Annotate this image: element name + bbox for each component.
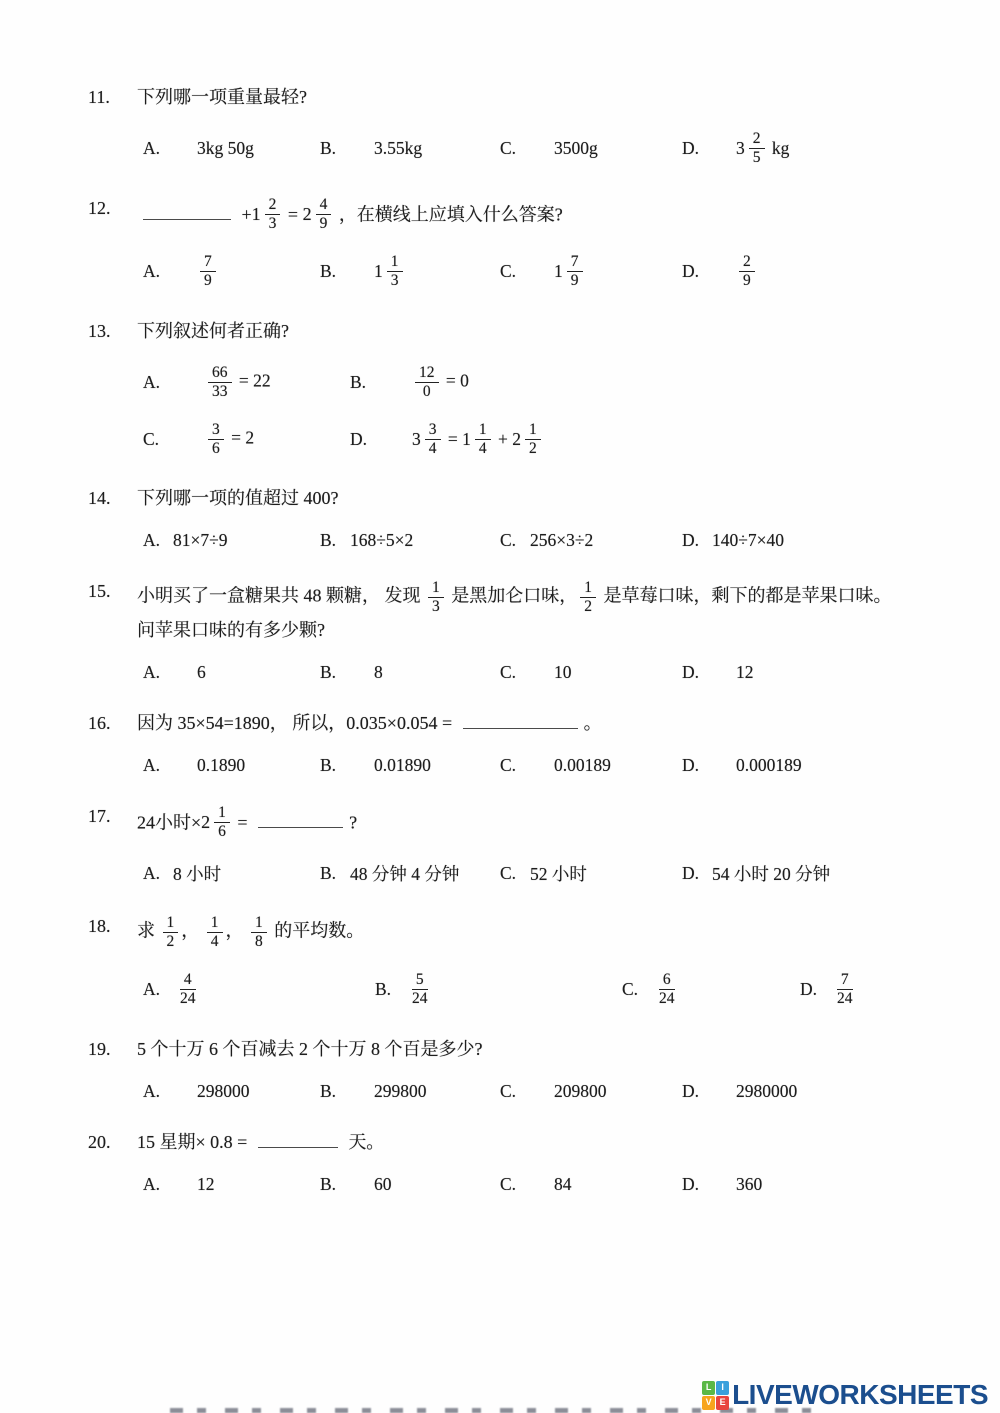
fraction-numerator: 3 xyxy=(208,421,224,440)
option-B[interactable]: B.0.01890 xyxy=(320,755,500,776)
fraction-numerator: 3 xyxy=(425,421,441,440)
option-label: A. xyxy=(143,979,173,1000)
math-text: ? xyxy=(349,812,357,832)
math-text: 。 xyxy=(584,713,602,733)
math-text: = xyxy=(233,812,252,832)
fraction: 23 xyxy=(265,196,281,233)
option-B[interactable]: B.48 分钟 4 分钟 xyxy=(320,861,500,886)
math-text: + xyxy=(237,204,252,224)
blank-underline[interactable] xyxy=(258,1132,338,1148)
question-15: 15.小明买了一盒糖果共 48 颗糖， 发现 13 是黑加仑口味，12 是草莓口… xyxy=(88,578,960,683)
question-stem: 下列哪一项重量最轻? xyxy=(137,84,960,110)
option-label: B. xyxy=(320,1081,374,1102)
question-stem-row: 14.下列哪一项的值超过 400? xyxy=(88,485,960,511)
option-D[interactable]: D.724 xyxy=(800,970,860,1009)
option-content: 29 xyxy=(736,252,758,291)
math-text: 54 小时 20 分钟 xyxy=(712,864,830,884)
whole-number: 1 xyxy=(554,261,563,282)
fraction-denominator: 24 xyxy=(833,990,857,1008)
fraction: 12 xyxy=(580,579,596,616)
fraction-denominator: 3 xyxy=(265,215,281,233)
option-content: 334 = 114 + 212 xyxy=(412,420,544,459)
option-label: D. xyxy=(682,755,736,776)
fraction-numerator: 7 xyxy=(837,971,853,990)
math-text: 0.00189 xyxy=(554,755,611,775)
option-label: C. xyxy=(500,530,530,551)
option-D[interactable]: D.29 xyxy=(682,252,758,291)
question-12: 12. +123 = 249 ，在横线上应填入什么答案?A.79B.113C.1… xyxy=(88,195,960,291)
option-content: 256×3÷2 xyxy=(530,530,593,551)
option-label: B. xyxy=(320,863,350,884)
option-label: C. xyxy=(500,1174,554,1195)
fraction-denominator: 24 xyxy=(655,990,679,1008)
option-content: 2980000 xyxy=(736,1081,797,1102)
math-text: ， xyxy=(226,920,249,940)
option-A[interactable]: A.6 xyxy=(143,662,320,683)
option-B[interactable]: B.120 = 0 xyxy=(350,363,960,402)
math-text: 168÷5×2 xyxy=(350,530,413,550)
option-label: D. xyxy=(350,429,412,450)
math-text: 360 xyxy=(736,1174,762,1194)
option-content: 60 xyxy=(374,1174,392,1195)
logo-letter-i: I xyxy=(716,1381,729,1395)
math-text: ，在横线上应填入什么答案? xyxy=(334,204,563,224)
option-label: A. xyxy=(143,662,197,683)
option-label: B. xyxy=(375,979,405,1000)
fraction-numerator: 1 xyxy=(251,914,267,933)
fraction-numerator: 1 xyxy=(428,579,444,598)
option-B[interactable]: B.168÷5×2 xyxy=(320,530,500,551)
fraction-numerator: 2 xyxy=(749,130,765,149)
math-text: 6 xyxy=(197,662,206,682)
fraction-numerator: 5 xyxy=(412,971,428,990)
whole-number: 3 xyxy=(412,429,421,450)
math-text: 的平均数。 xyxy=(270,920,365,940)
whole-number: 2 xyxy=(512,429,521,450)
mixed-number: 249 xyxy=(303,195,335,234)
mixed-number: 114 xyxy=(462,420,494,459)
option-content: 140÷7×40 xyxy=(712,530,784,551)
math-text: 问苹果口味的有多少颗? xyxy=(137,620,325,640)
option-label: B. xyxy=(320,530,350,551)
option-content: 6633 = 22 xyxy=(205,363,271,402)
question-19: 19.5 个十万 6 个百减去 2 个十万 8 个百是多少?A.298000B.… xyxy=(88,1036,960,1102)
fraction-numerator: 66 xyxy=(208,364,232,383)
math-text: 0.1890 xyxy=(197,755,245,775)
math-text: 10 xyxy=(554,662,572,682)
options-row: A.81×7÷9B.168÷5×2C.256×3÷2D.140÷7×40 xyxy=(143,530,960,551)
whole-number: 2 xyxy=(201,809,210,835)
option-content: 0.1890 xyxy=(197,755,245,776)
fraction: 424 xyxy=(176,971,200,1008)
question-stem-row: 11.下列哪一项重量最轻? xyxy=(88,84,960,110)
option-content: 113 xyxy=(374,252,406,291)
whole-number: 1 xyxy=(252,201,261,227)
fraction-denominator: 6 xyxy=(214,823,230,841)
math-text: 是黑加仑口味， xyxy=(447,586,578,606)
option-D[interactable]: D.54 小时 20 分钟 xyxy=(682,861,830,886)
option-D[interactable]: D.360 xyxy=(682,1174,762,1195)
brand-text: LIVEWORKSHEETS xyxy=(732,1379,988,1411)
option-C[interactable]: C.10 xyxy=(500,662,682,683)
fraction-denominator: 9 xyxy=(316,215,332,233)
math-text: 52 小时 xyxy=(530,864,587,884)
math-text: 下列叙述何者正确? xyxy=(137,321,289,341)
math-text: 因为 35×54=1890， 所以，0.035×0.054 = xyxy=(137,713,457,733)
option-content: 624 xyxy=(652,970,682,1009)
option-D[interactable]: D.12 xyxy=(682,662,754,683)
fraction-numerator: 4 xyxy=(180,971,196,990)
fraction-denominator: 2 xyxy=(580,598,596,616)
option-content: 325 kg xyxy=(736,129,789,168)
option-content: 36 = 2 xyxy=(205,420,254,459)
question-11: 11.下列哪一项重量最轻?A.3kg 50gB.3.55kgC.3500gD.3… xyxy=(88,84,960,168)
option-content: 79 xyxy=(197,252,219,291)
fraction: 16 xyxy=(214,804,230,841)
option-A[interactable]: A.81×7÷9 xyxy=(143,530,320,551)
option-content: 524 xyxy=(405,970,435,1009)
blank-underline[interactable] xyxy=(143,204,231,220)
option-label: B. xyxy=(320,1174,374,1195)
option-C[interactable]: C.52 小时 xyxy=(500,861,682,886)
math-text: kg xyxy=(768,138,790,158)
option-D[interactable]: D.140÷7×40 xyxy=(682,530,784,551)
math-text: = 0 xyxy=(442,370,469,390)
options-row: A.298000B.299800C.209800D.2980000 xyxy=(143,1081,960,1102)
question-17: 17.24小时×216 = ?A.8 小时B.48 分钟 4 分钟C.52 小时… xyxy=(88,803,960,886)
question-stem: 下列哪一项的值超过 400? xyxy=(137,485,960,511)
option-label: A. xyxy=(143,530,173,551)
option-B[interactable]: B.8 xyxy=(320,662,500,683)
option-A[interactable]: A.6633 = 22 xyxy=(143,363,350,402)
fraction-denominator: 4 xyxy=(425,440,441,458)
fraction-denominator: 9 xyxy=(567,272,583,290)
fraction-denominator: 24 xyxy=(408,990,432,1008)
mixed-number: 179 xyxy=(554,252,586,291)
option-label: C. xyxy=(500,662,554,683)
fraction-numerator: 1 xyxy=(580,579,596,598)
liveworksheets-watermark: LIVE LIVEWORKSHEETS xyxy=(702,1379,988,1411)
mixed-number: 123 xyxy=(252,195,284,234)
option-content: 120 = 0 xyxy=(412,363,469,402)
fraction-denominator: 0 xyxy=(419,383,435,401)
fraction-numerator: 2 xyxy=(265,196,281,215)
option-C[interactable]: C.624 xyxy=(622,970,800,1009)
mixed-number: 113 xyxy=(374,252,406,291)
question-stem-row: 15.小明买了一盒糖果共 48 颗糖， 发现 13 是黑加仑口味，12 是草莓口… xyxy=(88,578,960,643)
fraction-numerator: 2 xyxy=(739,253,755,272)
option-content: 0.01890 xyxy=(374,755,431,776)
whole-number: 1 xyxy=(462,429,471,450)
option-content: 0.000189 xyxy=(736,755,802,776)
worksheet-page: 11.下列哪一项重量最轻?A.3kg 50gB.3.55kgC.3500gD.3… xyxy=(0,0,1000,1195)
fraction-denominator: 4 xyxy=(475,440,491,458)
option-content: 724 xyxy=(830,970,860,1009)
mixed-number: 334 xyxy=(412,420,444,459)
option-C[interactable]: C.256×3÷2 xyxy=(500,530,682,551)
fraction-numerator: 12 xyxy=(415,364,439,383)
option-content: 12 xyxy=(197,1174,215,1195)
fraction-denominator: 24 xyxy=(176,990,200,1008)
math-text: 0.000189 xyxy=(736,755,802,775)
question-stem: 24小时×216 = ? xyxy=(137,803,960,842)
fraction-denominator: 3 xyxy=(387,272,403,290)
fraction: 120 xyxy=(415,364,439,401)
fraction-denominator: 4 xyxy=(207,933,223,951)
mixed-number: 325 xyxy=(736,129,768,168)
fraction: 724 xyxy=(833,971,857,1008)
option-label: D. xyxy=(682,530,712,551)
option-label: A. xyxy=(143,1081,197,1102)
option-D[interactable]: D.334 = 114 + 212 xyxy=(350,420,960,459)
fraction-numerator: 1 xyxy=(475,421,491,440)
math-text: 下列哪一项的值超过 400? xyxy=(137,488,339,508)
math-text: + xyxy=(494,429,513,449)
question-stem-row: 17.24小时×216 = ? xyxy=(88,803,960,842)
math-text: 12 xyxy=(197,1174,215,1194)
option-A[interactable]: A.298000 xyxy=(143,1081,320,1102)
option-A[interactable]: A.3kg 50g xyxy=(143,138,320,159)
option-label: D. xyxy=(682,1174,736,1195)
question-stem-row: 19.5 个十万 6 个百减去 2 个十万 8 个百是多少? xyxy=(88,1036,960,1062)
whole-number: 1 xyxy=(374,261,383,282)
option-label: B. xyxy=(320,662,374,683)
option-label: C. xyxy=(500,1081,554,1102)
option-A[interactable]: A.12 xyxy=(143,1174,320,1195)
fraction-numerator: 1 xyxy=(214,804,230,823)
option-content: 0.00189 xyxy=(554,755,611,776)
option-label: B. xyxy=(320,261,374,282)
fraction: 6633 xyxy=(208,364,232,401)
logo-letter-l: L xyxy=(702,1381,715,1395)
fraction-denominator: 6 xyxy=(208,440,224,458)
question-stem-row: 13.下列叙述何者正确? xyxy=(88,318,960,344)
math-text: 小明买了一盒糖果共 48 颗糖， 发现 xyxy=(137,586,425,606)
blank-underline[interactable] xyxy=(258,812,343,828)
options-row: A.6633 = 22B.120 = 0C.36 = 2D.334 = 114 … xyxy=(143,363,960,458)
question-number: 17. xyxy=(88,803,137,829)
math-text: 48 分钟 4 分钟 xyxy=(350,864,459,884)
fraction-denominator: 5 xyxy=(749,149,765,167)
option-label: C. xyxy=(500,261,554,282)
math-text: 0.01890 xyxy=(374,755,431,775)
option-label: C. xyxy=(500,138,554,159)
option-label: D. xyxy=(682,662,736,683)
option-C[interactable]: C.3500g xyxy=(500,138,682,159)
fraction: 79 xyxy=(567,253,583,290)
question-number: 12. xyxy=(88,195,137,221)
option-label: A. xyxy=(143,138,197,159)
whole-number: 2 xyxy=(303,201,312,227)
option-label: A. xyxy=(143,372,205,393)
option-content: 8 小时 xyxy=(173,861,221,886)
math-text: 81×7÷9 xyxy=(173,530,227,550)
option-label: D. xyxy=(800,979,830,1000)
fraction-denominator: 9 xyxy=(200,272,216,290)
question-20: 20.15 星期× 0.8 = 天。A.12B.60C.84D.360 xyxy=(88,1129,960,1195)
option-content: 3500g xyxy=(554,138,598,159)
option-B[interactable]: B.60 xyxy=(320,1174,500,1195)
option-content: 10 xyxy=(554,662,572,683)
fraction-numerator: 7 xyxy=(200,253,216,272)
math-text: 299800 xyxy=(374,1081,427,1101)
fraction-numerator: 1 xyxy=(207,914,223,933)
fraction-denominator: 2 xyxy=(525,440,541,458)
math-text: 60 xyxy=(374,1174,392,1194)
option-content: 54 小时 20 分钟 xyxy=(712,861,830,886)
option-C[interactable]: C.0.00189 xyxy=(500,755,682,776)
question-16: 16.因为 35×54=1890， 所以，0.035×0.054 = 。A.0.… xyxy=(88,710,960,776)
fraction: 13 xyxy=(387,253,403,290)
options-row: A.0.1890B.0.01890C.0.00189D.0.000189 xyxy=(143,755,960,776)
question-18: 18.求 12， 14， 18 的平均数。A.424B.524C.624D.72… xyxy=(88,913,960,1009)
fraction-numerator: 7 xyxy=(567,253,583,272)
math-text: 15 星期× 0.8 = xyxy=(137,1132,252,1152)
option-C[interactable]: C.36 = 2 xyxy=(143,420,350,459)
option-B[interactable]: B.299800 xyxy=(320,1081,500,1102)
fraction-denominator: 8 xyxy=(251,933,267,951)
option-B[interactable]: B.3.55kg xyxy=(320,138,500,159)
option-label: B. xyxy=(350,372,412,393)
option-A[interactable]: A.424 xyxy=(143,970,375,1009)
option-content: 424 xyxy=(173,970,203,1009)
math-text: 2980000 xyxy=(736,1081,797,1101)
option-content: 8 xyxy=(374,662,383,683)
options-row: A.3kg 50gB.3.55kgC.3500gD.325 kg xyxy=(143,129,960,168)
math-text: 256×3÷2 xyxy=(530,530,593,550)
option-label: C. xyxy=(622,979,652,1000)
fraction-denominator: 3 xyxy=(428,598,444,616)
math-text: = xyxy=(444,429,463,449)
question-number: 15. xyxy=(88,578,137,604)
fraction-numerator: 1 xyxy=(387,253,403,272)
question-stem: 5 个十万 6 个百减去 2 个十万 8 个百是多少? xyxy=(137,1036,960,1062)
option-C[interactable]: C.179 xyxy=(500,252,682,291)
question-stem-row: 18.求 12， 14， 18 的平均数。 xyxy=(88,913,960,952)
options-row: A.79B.113C.179D.29 xyxy=(143,252,960,291)
options-row: A.8 小时B.48 分钟 4 分钟C.52 小时D.54 小时 20 分钟 xyxy=(143,861,960,886)
question-number: 11. xyxy=(88,84,137,110)
question-number: 18. xyxy=(88,913,137,939)
option-label: B. xyxy=(320,138,374,159)
options-row: A.424B.524C.624D.724 xyxy=(143,970,960,1009)
math-text: 140÷7×40 xyxy=(712,530,784,550)
option-content: 209800 xyxy=(554,1081,607,1102)
math-text: 3kg 50g xyxy=(197,138,254,158)
option-label: C. xyxy=(500,863,530,884)
fraction: 624 xyxy=(655,971,679,1008)
questions: 11.下列哪一项重量最轻?A.3kg 50gB.3.55kgC.3500gD.3… xyxy=(88,84,960,1195)
options-row: A.12B.60C.84D.360 xyxy=(143,1174,960,1195)
option-label: D. xyxy=(682,1081,736,1102)
fraction: 18 xyxy=(251,914,267,951)
question-stem-row: 16.因为 35×54=1890， 所以，0.035×0.054 = 。 xyxy=(88,710,960,736)
option-content: 168÷5×2 xyxy=(350,530,413,551)
fraction: 524 xyxy=(408,971,432,1008)
math-text: 84 xyxy=(554,1174,572,1194)
option-B[interactable]: B.524 xyxy=(375,970,622,1009)
fraction: 12 xyxy=(163,914,179,951)
option-content: 179 xyxy=(554,252,586,291)
question-stem-row: 12. +123 = 249 ，在横线上应填入什么答案? xyxy=(88,195,960,234)
option-A[interactable]: A.0.1890 xyxy=(143,755,320,776)
option-label: C. xyxy=(143,429,205,450)
logo-letter-v: V xyxy=(702,1396,715,1410)
option-label: D. xyxy=(682,138,736,159)
option-content: 3kg 50g xyxy=(197,138,254,159)
math-text: 3.55kg xyxy=(374,138,422,158)
options-row: A.6B.8C.10D.12 xyxy=(143,662,960,683)
option-D[interactable]: D.0.000189 xyxy=(682,755,802,776)
option-C[interactable]: C.84 xyxy=(500,1174,682,1195)
fraction: 14 xyxy=(475,421,491,458)
math-text: = 22 xyxy=(235,370,271,390)
option-A[interactable]: A.8 小时 xyxy=(143,861,320,886)
option-C[interactable]: C.209800 xyxy=(500,1081,682,1102)
question-number: 16. xyxy=(88,710,137,736)
question-13: 13.下列叙述何者正确?A.6633 = 22B.120 = 0C.36 = 2… xyxy=(88,318,960,458)
option-label: B. xyxy=(320,755,374,776)
question-number: 20. xyxy=(88,1129,137,1155)
option-A[interactable]: A.79 xyxy=(143,252,320,291)
option-content: 299800 xyxy=(374,1081,427,1102)
option-label: A. xyxy=(143,261,197,282)
question-stem: 求 12， 14， 18 的平均数。 xyxy=(137,913,960,952)
option-content: 360 xyxy=(736,1174,762,1195)
fraction-numerator: 1 xyxy=(525,421,541,440)
option-content: 6 xyxy=(197,662,206,683)
fraction: 29 xyxy=(739,253,755,290)
liveworksheets-logo-icon: LIVE xyxy=(702,1381,729,1410)
fraction: 34 xyxy=(425,421,441,458)
option-content: 3.55kg xyxy=(374,138,422,159)
math-text: 24小时× xyxy=(137,812,201,832)
option-label: A. xyxy=(143,755,197,776)
math-text: 209800 xyxy=(554,1081,607,1101)
option-D[interactable]: D.325 kg xyxy=(682,129,789,168)
question-number: 19. xyxy=(88,1036,137,1062)
math-text: 求 xyxy=(137,920,160,940)
option-content: 48 分钟 4 分钟 xyxy=(350,861,459,886)
logo-letter-e: E xyxy=(716,1396,729,1410)
math-text: 8 xyxy=(374,662,383,682)
fraction: 14 xyxy=(207,914,223,951)
option-content: 84 xyxy=(554,1174,572,1195)
question-14: 14.下列哪一项的值超过 400?A.81×7÷9B.168÷5×2C.256×… xyxy=(88,485,960,551)
math-text: 12 xyxy=(736,662,754,682)
question-number: 14. xyxy=(88,485,137,511)
question-stem: 因为 35×54=1890， 所以，0.035×0.054 = 。 xyxy=(137,710,960,736)
math-text: 298000 xyxy=(197,1081,250,1101)
fraction-denominator: 9 xyxy=(739,272,755,290)
fraction: 13 xyxy=(428,579,444,616)
math-text: 下列哪一项重量最轻? xyxy=(137,87,307,107)
math-text: 是草莓口味，剩下的都是苹果口味。 xyxy=(599,586,892,606)
option-D[interactable]: D.2980000 xyxy=(682,1081,797,1102)
question-stem: 下列叙述何者正确? xyxy=(137,318,960,344)
fraction: 79 xyxy=(200,253,216,290)
option-content: 52 小时 xyxy=(530,861,587,886)
question-stem: 小明买了一盒糖果共 48 颗糖， 发现 13 是黑加仑口味，12 是草莓口味，剩… xyxy=(137,578,960,643)
blank-underline[interactable] xyxy=(463,713,578,729)
option-content: 12 xyxy=(736,662,754,683)
fraction: 25 xyxy=(749,130,765,167)
question-stem: 15 星期× 0.8 = 天。 xyxy=(137,1129,960,1155)
option-label: A. xyxy=(143,863,173,884)
option-B[interactable]: B.113 xyxy=(320,252,500,291)
option-label: A. xyxy=(143,1174,197,1195)
fraction-denominator: 2 xyxy=(163,933,179,951)
